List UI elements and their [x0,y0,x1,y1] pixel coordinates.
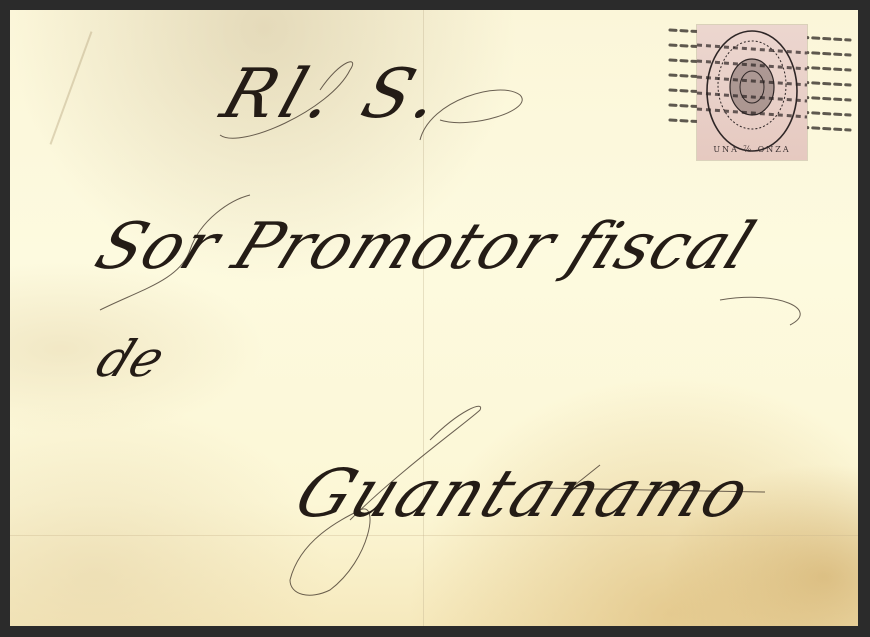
paper-crease [50,31,93,144]
coat-of-arms-icon [697,25,807,160]
address-line-recipient: Sor Promotor fiscal [85,210,765,284]
address-line-city: Guantanamo [284,455,762,532]
horizontal-fold-line [10,535,858,536]
address-line-honorific: Rl. S. [212,55,456,134]
postage-stamp: UNA ⅞ ONZA [697,25,807,160]
stamp-inscription: UNA ⅞ ONZA [697,145,807,154]
